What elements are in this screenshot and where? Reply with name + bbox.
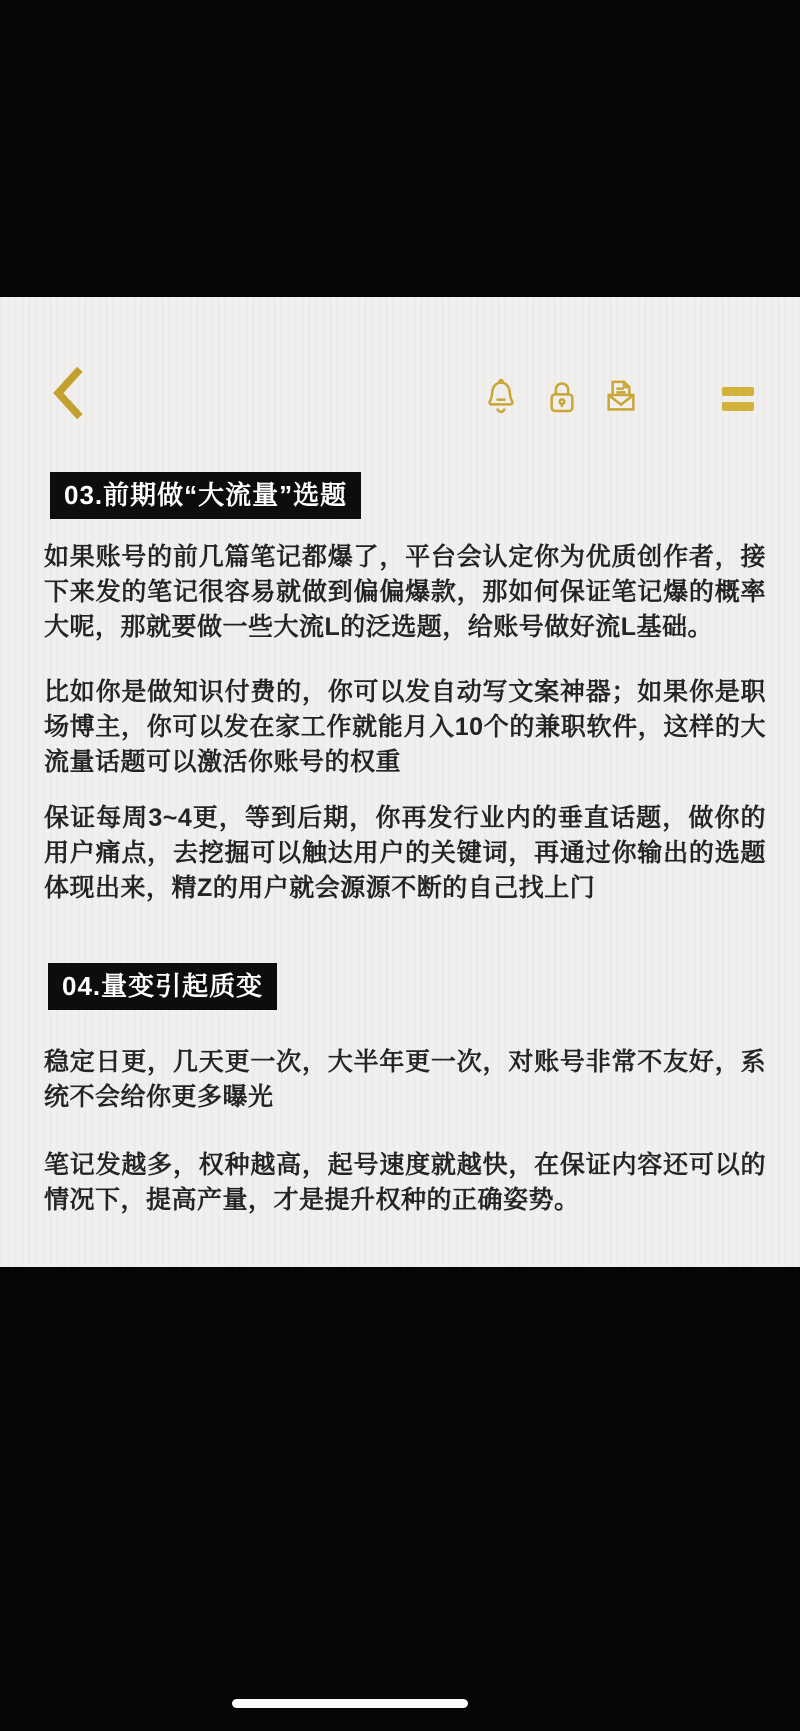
mail-open-icon xyxy=(601,373,641,419)
paragraph: 比如你是做知识付费的，你可以发自动写文案神器；如果你是职场博主，你可以发在家工作… xyxy=(44,675,766,780)
back-button[interactable] xyxy=(48,365,88,421)
back-chevron-icon xyxy=(48,408,88,425)
paragraph: 如果账号的前几篇笔记都爆了，平台会认定你为优质创作者，接下来发的笔记很容易就做到… xyxy=(44,540,766,645)
notifications-button[interactable] xyxy=(481,373,521,419)
mail-button[interactable] xyxy=(601,373,641,419)
menu-button[interactable] xyxy=(722,387,754,411)
lock-button[interactable] xyxy=(542,373,582,419)
paragraph: 笔记发越多，权种越高，起号速度就越快，在保证内容还可以的情况下，提高产量，才是提… xyxy=(44,1148,766,1218)
paragraph: 稳定日更，几天更一次，大半年更一次，对账号非常不友好，系统不会给你更多曝光 xyxy=(44,1045,766,1115)
lock-icon xyxy=(542,373,582,419)
section-heading-03: 03.前期做“大流量”选题 xyxy=(50,472,361,519)
home-indicator[interactable] xyxy=(232,1699,468,1708)
section-heading-04: 04.量变引起质变 xyxy=(48,963,277,1010)
note-page: 03.前期做“大流量”选题 如果账号的前几篇笔记都爆了，平台会认定你为优质创作者… xyxy=(0,297,800,1267)
paragraph: 保证每周3~4更，等到后期，你再发行业内的垂直话题，做你的用户痛点，去挖掘可以触… xyxy=(44,801,766,906)
bell-icon xyxy=(481,373,521,419)
